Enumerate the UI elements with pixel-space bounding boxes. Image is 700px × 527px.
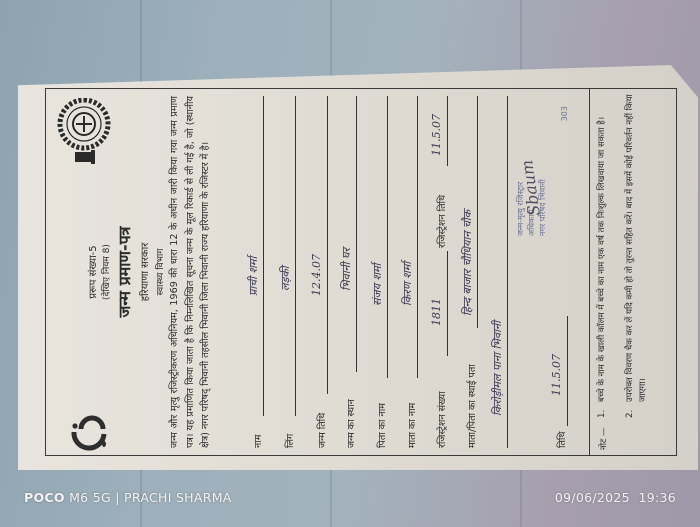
registrar-stamp: जन्म-मृत्यु रजिस्ट्रार अधिकारी नगर परिषद… (515, 96, 585, 236)
father-name-label: पिता का नाम (375, 403, 388, 448)
dob-label: जन्म तिथि (315, 413, 328, 448)
note-number: 1. (596, 410, 609, 418)
dob-line (327, 96, 328, 394)
registration-date-value: 11.5.07 (430, 114, 443, 156)
issue-date-label: तिथि (557, 432, 568, 448)
father-name-field: पिता का नाम (375, 403, 388, 448)
circular-logo-icon (69, 412, 109, 452)
dob-field: जन्म तिथि (315, 413, 328, 448)
name-line (263, 96, 264, 416)
address-label: माता/पिता का स्थाई पता (465, 364, 478, 448)
mother-name-line (417, 96, 418, 378)
mother-name-value: किरण शर्मा (400, 262, 415, 306)
certificate-title: जन्म प्रमाण-पत्र (113, 178, 135, 366)
issue-date-line (567, 316, 568, 426)
device-brand: POCO (24, 490, 65, 505)
registration-date-line (447, 96, 448, 166)
photo-date: 09/06/2025 (555, 490, 630, 505)
mother-name-label: माता का नाम (405, 403, 418, 448)
registration-number-label: रजिस्ट्रेशन संख्या (435, 391, 448, 448)
address-line-1 (477, 96, 478, 328)
place-of-birth-value: भिवानी घर (339, 248, 354, 291)
sex-label: लिंग (283, 434, 296, 448)
note-text: बच्चे के नाम के खाली कॉलम में बच्चे का न… (596, 94, 609, 402)
government-name: हरियाणा सरकार (137, 178, 151, 366)
mother-name-field: माता का नाम (405, 403, 418, 448)
place-of-birth-field: जन्म का स्थान (344, 399, 357, 448)
registration-date-label: रजिस्ट्रेशन तिथि (435, 195, 448, 248)
photo-timestamp: 09/06/2025 19:36 (555, 490, 676, 505)
father-name-line (387, 96, 388, 378)
registration-date-field: रजिस्ट्रेशन तिथि (435, 195, 448, 248)
form-rule: (देखिए नियम 8) (99, 178, 112, 366)
father-name-value: संजय शर्मा (370, 264, 385, 306)
notes-label: नोट — (598, 427, 611, 450)
form-number: प्ररूप संख्या-5 (85, 178, 99, 366)
stamp-number: 303 (559, 106, 570, 121)
name-label: नाम (251, 435, 264, 448)
sex-field: लिंग (283, 434, 296, 448)
department-name: स्वास्थ्य विभाग (153, 178, 166, 366)
note-text: उपरोक्त विवरण चैक कर लें यदि कमी हो तो त… (624, 94, 650, 402)
notes-section: नोट — 1. बच्चे के नाम के खाली कॉलम में ब… (589, 88, 676, 456)
name-field: नाम (251, 435, 264, 448)
place-of-birth-line (356, 96, 357, 372)
address-line-2 (507, 96, 508, 448)
registration-number-field: रजिस्ट्रेशन संख्या (435, 391, 448, 448)
device-model: M6 5G (69, 490, 111, 505)
issue-date-field: तिथि (555, 432, 568, 448)
birth-certificate: प्ररूप संख्या-5 (देखिए नियम 8) जन्म प्रम… (45, 88, 677, 456)
dob-value: 12.4.07 (310, 254, 323, 296)
photo-time: 19:36 (638, 490, 676, 505)
camera-watermark: POCO M6 5G | PRACHI SHARMA (24, 490, 232, 505)
issue-date-value: 11.5.07 (550, 354, 563, 396)
address-field: माता/पिता का स्थाई पता (465, 364, 478, 448)
place-of-birth-label: जन्म का स्थान (344, 399, 357, 448)
note-number: 2. (624, 410, 637, 418)
registration-number-line (447, 251, 448, 356)
haryana-emblem-icon (53, 98, 115, 164)
watermark-separator: | (115, 490, 120, 505)
sex-line (295, 96, 296, 416)
registration-number-value: 1811 (430, 298, 443, 326)
photographer-name: PRACHI SHARMA (124, 490, 232, 505)
address-value-line2: किरोड़ीमल पाना भिवानी (490, 321, 505, 416)
registrar-signature: Sbaum (521, 159, 540, 216)
address-value-line1: हिन्द बाजार चौधियान चौक (460, 210, 475, 316)
certificate-intro-text: जन्म और मृत्यु रजिस्ट्रीकरण अधिनियम, 196… (167, 96, 214, 448)
sex-value: लड़की (278, 266, 293, 291)
name-value: प्राची शर्मा (246, 257, 261, 296)
